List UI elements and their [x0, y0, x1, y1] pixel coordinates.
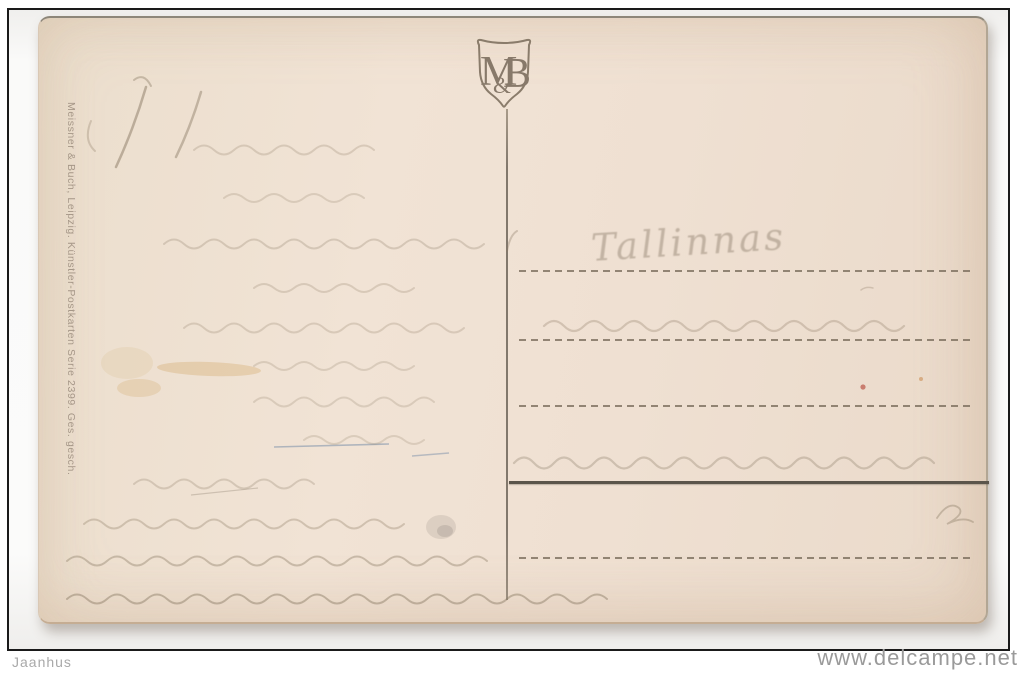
address-line-3 — [519, 405, 971, 407]
monogram-ampersand: & — [493, 73, 511, 98]
delcampe-watermark: www.delcampe.net — [817, 645, 1018, 671]
address-line-4-solid — [509, 481, 989, 484]
address-line-1 — [519, 270, 971, 272]
publisher-imprint: Meissner & Buch, Leipzig. Künstler-Postk… — [65, 102, 77, 475]
paper-stains — [101, 347, 923, 539]
scanned-postcard-photo: Meissner & Buch, Leipzig. Künstler-Postk… — [0, 0, 1020, 673]
seller-watermark: Jaanhus — [12, 654, 72, 670]
postcard-back: Meissner & Buch, Leipzig. Künstler-Postk… — [38, 16, 988, 624]
address-line-2 — [519, 339, 971, 341]
address-line-5 — [519, 557, 971, 559]
mb-shield-logo-icon: M B & — [472, 36, 536, 112]
handwritten-city: Tallinnas — [590, 215, 787, 270]
center-divider-rule — [506, 109, 508, 600]
